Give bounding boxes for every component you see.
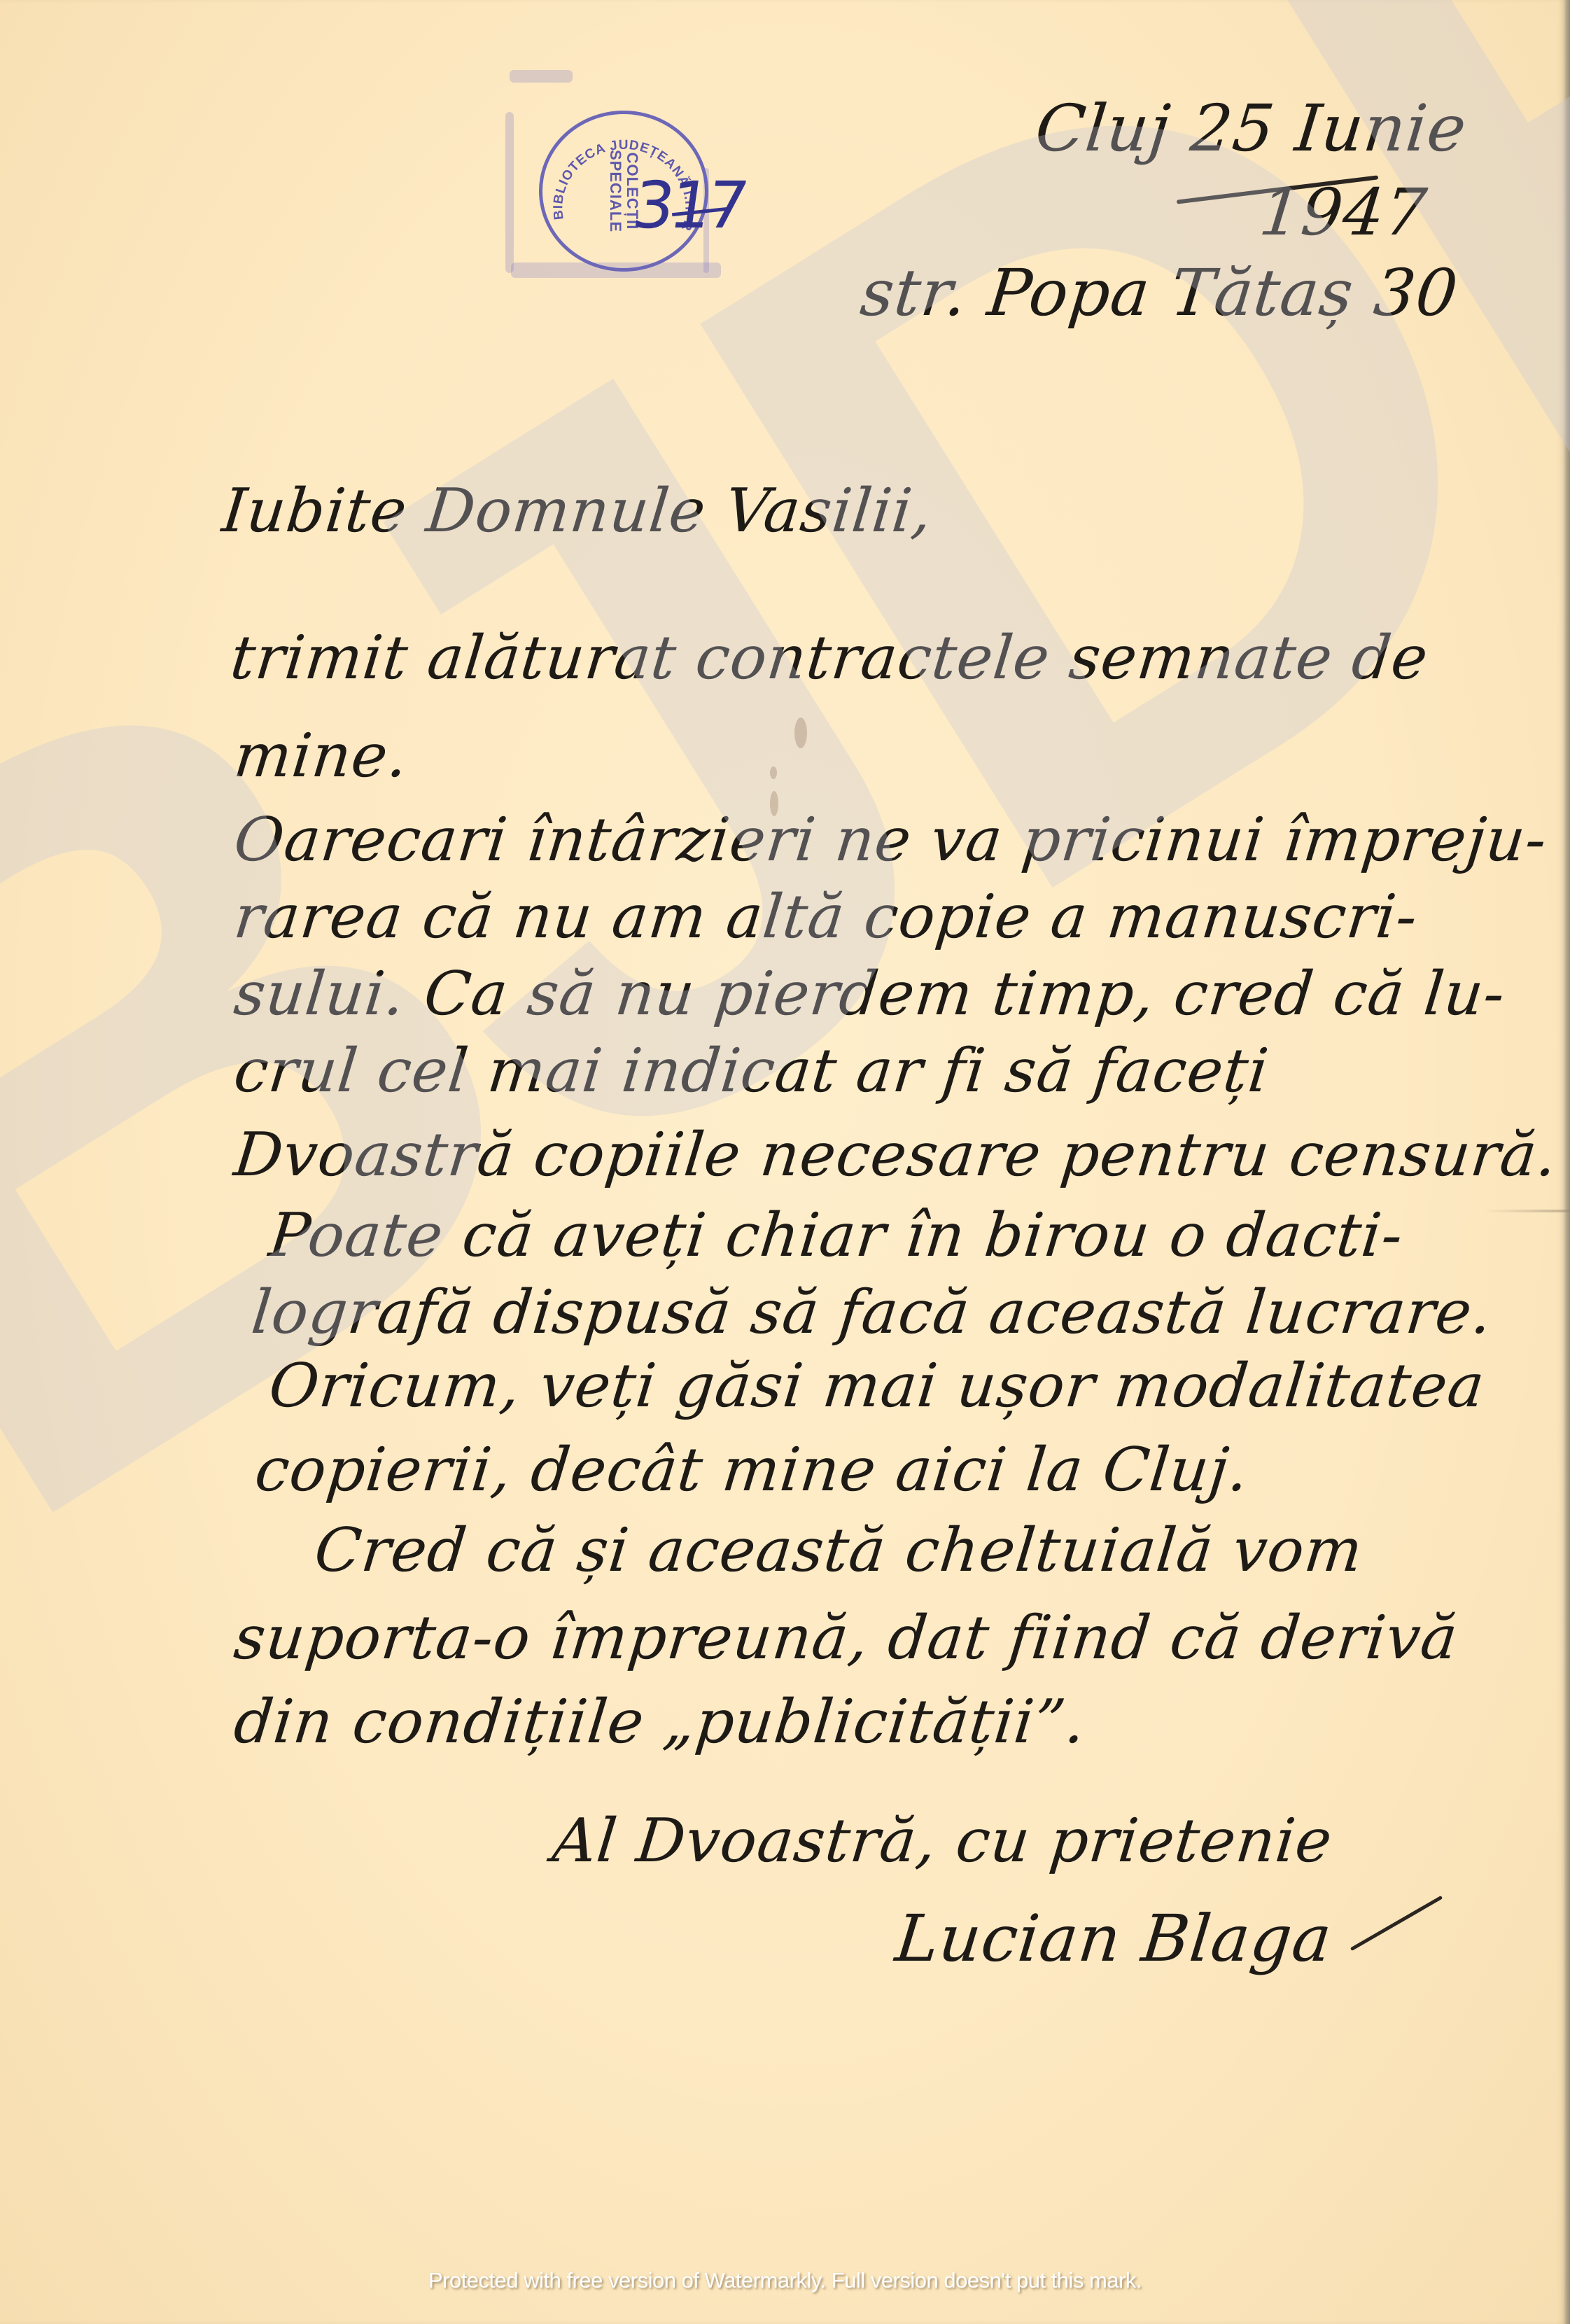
body-line: suporta-o împreună, dat fiind că derivă [231,1603,1462,1673]
foxing-spot [794,717,807,748]
body-line: sului. Ca să nu pierdem timp, cred că lu… [231,959,1508,1029]
foxing-spot [770,766,777,779]
signature-flourish [1350,1896,1443,1951]
body-line: mine. [231,721,412,791]
body-line: din condițiile „publicității”. [231,1687,1089,1757]
body-line: rarea că nu am altă copie a manuscri- [231,882,1421,952]
place-date: Cluj 25 Iunie [1032,91,1470,166]
paper-fold-line [1484,1210,1570,1212]
body-line: Dvoastră copiile necesare pentru censură… [231,1120,1561,1190]
stamp-smudge [510,70,573,83]
signature: Lucian Blaga [892,1904,1336,1974]
body-line: Cred că și această cheltuială vom [311,1515,1366,1585]
stamp-center-line2: SPECIALE [607,150,624,232]
watermarkly-notice: Protected with free version of Watermark… [0,2268,1570,2293]
year: 1947 [1256,175,1430,250]
body-line: crul cel mai indicat ar fi să faceți [231,1036,1273,1106]
inventory-number: 317 [628,168,749,243]
stamp-smudge [505,112,514,273]
body-line: trimit alăturat contractele semnate de [227,623,1432,693]
body-line: copierii, decât mine aici la Cluj. [252,1435,1252,1505]
body-line: lografă dispusă să facă această lucrare. [248,1277,1496,1347]
address: str. Popa Tătaș 30 [857,255,1462,330]
body-line: Poate că aveți chiar în birou o dacti- [266,1200,1407,1270]
salutation: Iubite Domnule Vasilii, [219,476,936,546]
closing: Al Dvoastră, cu prietenie [549,1806,1336,1876]
body-line: Oarecari întârzieri ne va pricinui împre… [231,805,1550,875]
body-line: Oricum, veți găsi mai ușor modalitatea [266,1351,1488,1421]
letter-page: BIBLIOTECA JUDEȚEANĂ I.H. RĂDULESCU • Dâ… [0,0,1570,2324]
page-edge-shadow [1564,0,1570,2324]
